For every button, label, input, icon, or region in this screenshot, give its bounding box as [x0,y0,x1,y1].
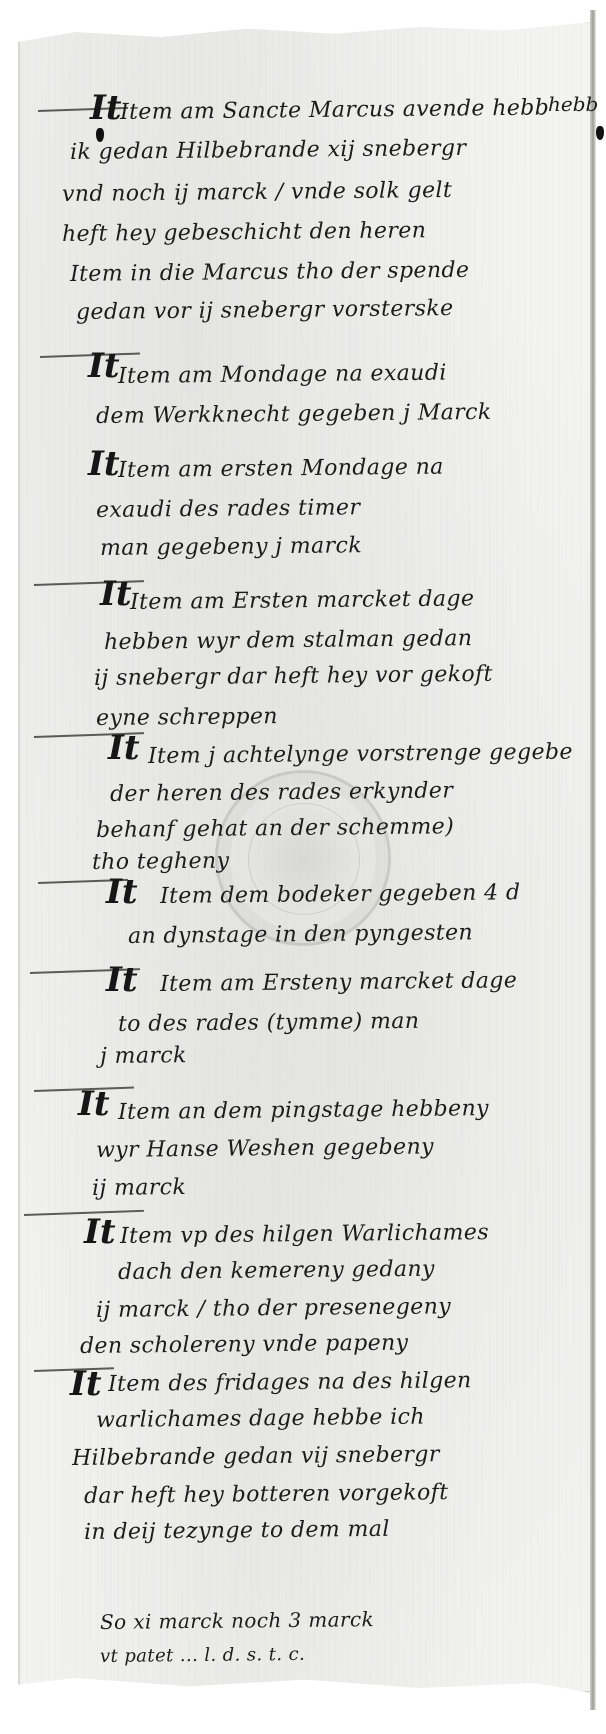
ink-blot-edge [596,126,604,140]
entry-line: man gegebeny j marck [100,533,362,561]
summary-line: vt patet ... l. d. s. t. c. [100,1644,305,1667]
entry-line: in deij tezynge to dem mal [84,1517,390,1545]
page-binding-edge [590,10,596,1710]
entry-line: behanf gehat an der schemme) [96,814,454,843]
item-mark: It [88,444,120,484]
entry-line: eyne schreppen [96,704,278,731]
item-mark: It [106,872,138,912]
entry-line: Item in die Marcus tho der spende [70,258,470,287]
entry-line: gedan vor ij snebergr vorsterske [76,296,454,325]
entry-line: den scholereny vnde papeny [80,1331,409,1359]
entry-line: ij marck / tho der presenegeny [96,1294,451,1323]
entry-line: ik gedan Hilbebrande xij snebergr [70,136,467,165]
entry-line: to des rades (tymme) man [118,1009,420,1037]
item-mark: It [100,574,132,614]
entry-line: Item dem bodeker gegeben 4 d [160,880,521,909]
item-mark: It [106,960,138,1000]
entry-line: ij marck [92,1175,186,1201]
entry-line: dem Werkknecht gegeben j Marck [96,400,492,429]
entry-line: exaudi des rades timer [96,495,361,523]
entry-line: hebben wyr dem stalman gedan [104,626,473,655]
entry-line: j marck [100,1043,187,1069]
summary-line: So xi marck noch 3 marck [100,1607,374,1634]
entry-line: Hilbebrande gedan vij snebergr [72,1442,440,1471]
item-mark: It [84,1212,116,1252]
item-mark: It [90,88,122,128]
entry-line: Item an dem pingstage hebbeny [118,1096,489,1125]
entry-line: Item des fridages na des hilgen [108,1368,472,1397]
entry-line: Item vp des hilgen Warlichames [120,1220,489,1249]
entry-line: vnd noch ij marck / vnde solk gelt [62,178,452,207]
entry-line: wyr Hanse Weshen gegebeny [96,1134,434,1163]
entry-line: Item j achtelynge vorstrenge gegebe [148,740,573,769]
entry-line: Item am ersten Mondage na [118,455,444,483]
entry-line: dach den kemereny gedany [118,1257,435,1285]
entry-line: der heren des rades erkynder [110,778,453,807]
entry-line: an dynstage in den pyngesten [128,920,473,949]
entry-line: Item am Sancte Marcus avende hebb [120,96,549,125]
entry-line: Item am Ersten marcket dage [130,586,475,615]
entry-line: Item am Mondage na exaudi [118,361,447,389]
entry-line: heft hey gebeschicht den heren [62,218,427,247]
entry-line: ij snebergr dar heft hey vor gekoft [94,662,493,691]
entry-line: dar heft hey botteren vorgekoft [84,1480,449,1509]
item-mark: It [88,346,120,386]
item-mark: It [70,1364,102,1404]
margin-note-top-right: hebb [548,92,598,116]
entry-line: Item am Ersteny marcket dage [160,968,517,997]
item-mark: It [78,1084,110,1124]
entry-line: warlichames dage hebbe ich [96,1405,425,1433]
item-mark: It [108,728,140,768]
